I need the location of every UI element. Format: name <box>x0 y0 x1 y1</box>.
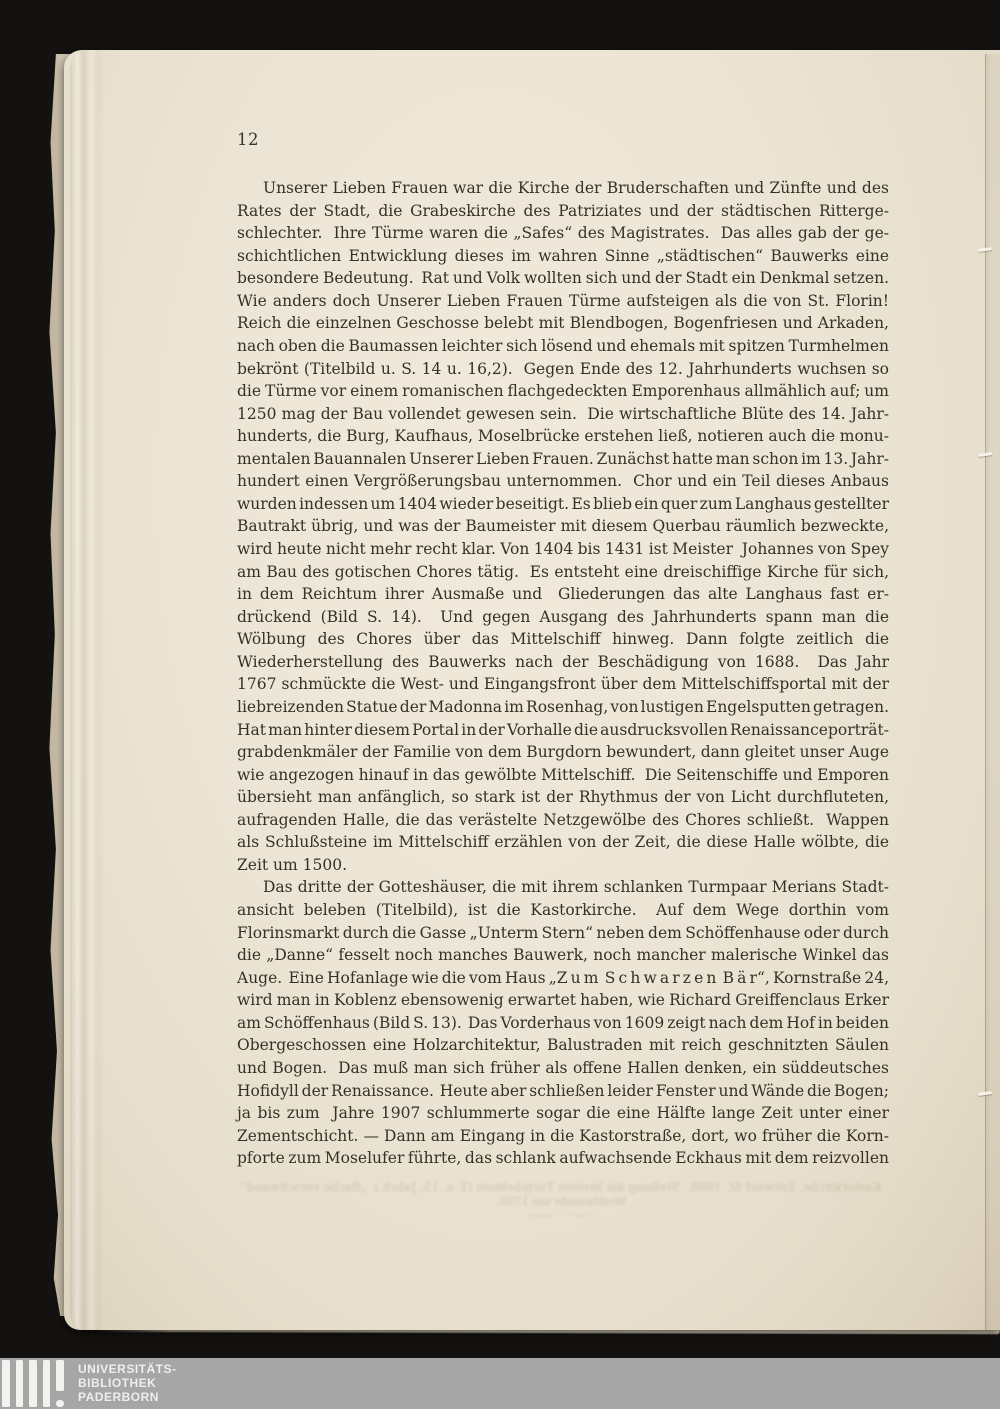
text-line: Das dritte der Gotteshäuser, die mit ihr… <box>237 876 889 899</box>
text-line: drückend (Bild S. 14). Und gegen Ausgang… <box>237 606 889 629</box>
text-line: schlechter. Ihre Türme waren die „Safes“… <box>237 222 889 245</box>
text-line: Hofidyll der Renaissance. Heute aber sch… <box>237 1080 889 1103</box>
text-line: mentalen Bauannalen Unserer Lieben Fraue… <box>237 448 889 471</box>
text-line: hundert einen Vergrößerungsbau unternomm… <box>237 470 889 493</box>
show-through-text: Kastorkirche, Entwurf St. 1688. Stellung… <box>232 1180 890 1222</box>
logo-dot <box>56 1400 64 1408</box>
text-line: und Bogen. Das muß man sich früher als o… <box>237 1057 889 1080</box>
library-name-line: PADERBORN <box>78 1390 177 1404</box>
text-line: 1767 schmückte die West- und Eingangsfro… <box>237 673 889 696</box>
text-line: Wölbung des Chores über das Mittelschiff… <box>237 628 889 651</box>
logo-bar <box>29 1360 37 1407</box>
text-line: die Türme vor einem romanischen flachged… <box>237 380 889 403</box>
text-line: als Schlußsteine im Mittelschiff erzähle… <box>237 831 889 854</box>
text-line: wurden indessen um 1404 wieder beseitigt… <box>237 493 889 516</box>
text-line: hunderts, die Burg, Kaufhaus, Moselbrück… <box>237 425 889 448</box>
text-line: aufragenden Halle, die das verästelte Ne… <box>237 809 889 832</box>
text-line: 1250 mag der Bau vollendet gewesen sein.… <box>237 403 889 426</box>
text-line: Reich die einzelnen Geschosse belebt mit… <box>237 312 889 335</box>
scan-background: 12 Unserer Lieben Frauen war die Kirche … <box>0 0 1000 1409</box>
text-line: am Bau des gotischen Chores tätig. Es en… <box>237 561 889 584</box>
library-name-line: BIBLIOTHEK <box>78 1376 177 1390</box>
show-through-line: · — ·· · ——· <box>232 1208 890 1222</box>
library-logo-icon <box>2 1360 64 1407</box>
text-line: nach oben die Baumassen leichter sich lö… <box>237 335 889 358</box>
text-line: liebreizenden Statue der Madonna im Rose… <box>237 696 889 719</box>
logo-bar <box>2 1360 10 1407</box>
show-through-line: Westfassade um 1750. <box>232 1194 890 1208</box>
text-line: am Schöffenhaus (Bild S. 13). Das Vorder… <box>237 1012 889 1035</box>
text-line: Unserer Lieben Frauen war die Kirche der… <box>237 177 889 200</box>
text-line: grabdenkmäler der Familie von dem Burgdo… <box>237 741 889 764</box>
library-watermark-banner: UNIVERSITÄTS- BIBLIOTHEK PADERBORN <box>0 1358 1000 1409</box>
text-line: pforte zum Moselufer führte, das schlank… <box>237 1147 889 1170</box>
page-text: Unserer Lieben Frauen war die Kirche der… <box>237 177 889 1170</box>
library-name-line: UNIVERSITÄTS- <box>78 1362 177 1376</box>
text-line: wie angezogen hinauf in das gewölbte Mit… <box>237 764 889 787</box>
logo-bar <box>16 1360 24 1407</box>
page-number: 12 <box>237 130 259 149</box>
logo-exclamation <box>56 1360 64 1407</box>
text-line: Florinsmarkt durch die Gasse „Unterm Ste… <box>237 922 889 945</box>
text-line: ja bis zum Jahre 1907 schlummerte sogar … <box>237 1102 889 1125</box>
text-line: Auge. Eine Hofanlage wie die vom Haus „Z… <box>237 967 889 990</box>
text-line: in dem Reichtum ihrer Ausmaße und Gliede… <box>237 583 889 606</box>
library-name: UNIVERSITÄTS- BIBLIOTHEK PADERBORN <box>78 1362 177 1404</box>
logo-bar <box>43 1360 51 1407</box>
text-line: Wiederherstellung des Bauwerks nach der … <box>237 651 889 674</box>
text-line: Rates der Stadt, die Grabeskirche des Pa… <box>237 200 889 223</box>
text-line: Zeit um 1500. <box>237 854 889 877</box>
book-page: 12 Unserer Lieben Frauen war die Kirche … <box>64 50 1000 1330</box>
text-line: übersieht man anfänglich, so stark ist d… <box>237 786 889 809</box>
text-line: besondere Bedeutung. Rat und Volk wollte… <box>237 267 889 290</box>
text-line: Bautrakt übrig, und was der Baumeister m… <box>237 515 889 538</box>
text-line: ansicht beleben (Titelbild), ist die Kas… <box>237 899 889 922</box>
text-line: die „Danne“ fesselt noch manches Bauwerk… <box>237 944 889 967</box>
binding-gutter <box>985 54 1000 1330</box>
text-line: Zementschicht. — Dann am Eingang in die … <box>237 1125 889 1148</box>
text-line: Obergeschossen eine Holzarchitektur, Bal… <box>237 1034 889 1057</box>
logo-bar <box>56 1360 64 1391</box>
text-line: wird man in Koblenz ebensowenig erwartet… <box>237 989 889 1012</box>
text-line: schichtlichen Entwicklung dieses im wahr… <box>237 245 889 268</box>
text-line: bekrönt (Titelbild u. S. 14 u. 16,2). Ge… <box>237 358 889 381</box>
text-line: wird heute nicht mehr recht klar. Von 14… <box>237 538 889 561</box>
show-through-line: Kastorkirche, Entwurf St. 1688. Stellung… <box>232 1180 890 1194</box>
text-line: Hat man hinter diesem Portal in der Vorh… <box>237 719 889 742</box>
text-line: Wie anders doch Unserer Lieben Frauen Tü… <box>237 290 889 313</box>
